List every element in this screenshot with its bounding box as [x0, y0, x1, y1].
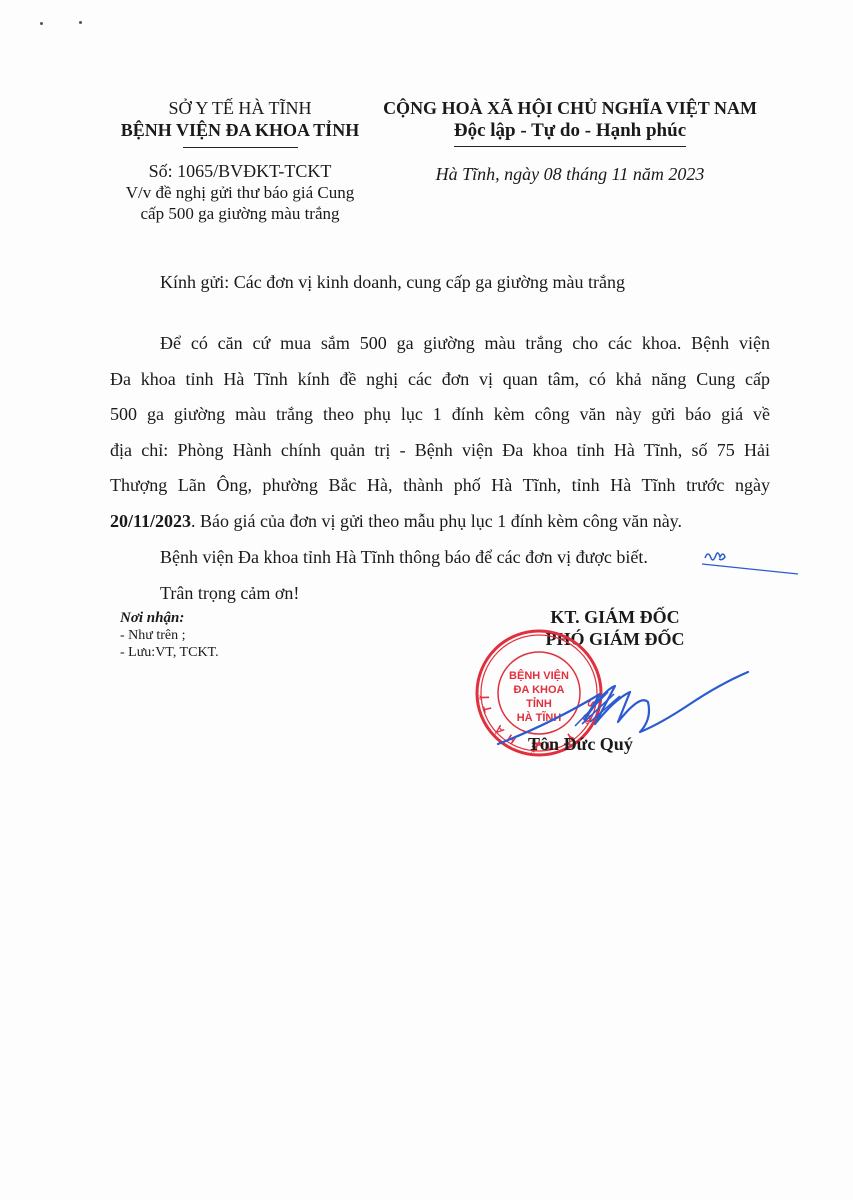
national-motto: Độc lập - Tự do - Hạnh phúc [454, 120, 686, 147]
organization-name: BỆNH VIỆN ĐA KHOA TỈNH [95, 119, 385, 141]
body-line: 20/11/2023. Báo giá của đơn vị gửi theo … [110, 504, 770, 540]
deadline-date: 20/11/2023 [110, 511, 191, 531]
recipients: Nơi nhận: - Như trên ; - Lưu:VT, TCKT. [120, 610, 219, 661]
place-date: Hà Tĩnh, ngày 08 tháng 11 năm 2023 [370, 163, 770, 185]
issuer-header: SỞ Y TẾ HÀ TĨNH BỆNH VIỆN ĐA KHOA TỈNH S… [95, 97, 385, 224]
body-line: 500 ga giường màu trắng theo phụ lục 1 đ… [110, 397, 770, 433]
scan-speck [79, 21, 82, 24]
scan-speck [40, 22, 43, 25]
signature-title: KT. GIÁM ĐỐC [500, 606, 730, 628]
recipient-item: - Như trên ; [120, 627, 219, 644]
ministry-name: SỞ Y TẾ HÀ TĨNH [95, 97, 385, 119]
body-paragraph: Để có căn cứ mua sắm 500 ga giường màu t… [110, 326, 770, 539]
body-line: địa chỉ: Phòng Hành chính quản trị - Bện… [110, 433, 770, 469]
subject-line: V/v đề nghị gửi thư báo giá Cung [95, 182, 385, 203]
closing: Bệnh viện Đa khoa tỉnh Hà Tĩnh thông báo… [160, 540, 648, 611]
closing-notice: Bệnh viện Đa khoa tỉnh Hà Tĩnh thông báo… [160, 540, 648, 576]
body-line: Thượng Lãn Ông, phường Bắc Hà, thành phố… [110, 468, 770, 504]
body-line: Để có căn cứ mua sắm 500 ga giường màu t… [110, 326, 770, 362]
initial-mark-icon [700, 546, 800, 580]
recipient-item: - Lưu:VT, TCKT. [120, 644, 219, 661]
document-number: Số: 1065/BVĐKT-TCKT [95, 160, 385, 182]
handwritten-signature-icon [490, 664, 750, 754]
subject-line: cấp 500 ga giường màu trắng [95, 203, 385, 224]
national-header: CỘNG HOÀ XÃ HỘI CHỦ NGHĨA VIỆT NAM Độc l… [370, 97, 770, 185]
recipients-title: Nơi nhận: [120, 610, 219, 627]
body-line: Đa khoa tỉnh Hà Tĩnh kính đề nghị các đơ… [110, 362, 770, 398]
greeting: Kính gửi: Các đơn vị kinh doanh, cung cấ… [160, 272, 625, 293]
header-divider [183, 147, 298, 148]
nation-name: CỘNG HOÀ XÃ HỘI CHỦ NGHĨA VIỆT NAM [370, 97, 770, 119]
